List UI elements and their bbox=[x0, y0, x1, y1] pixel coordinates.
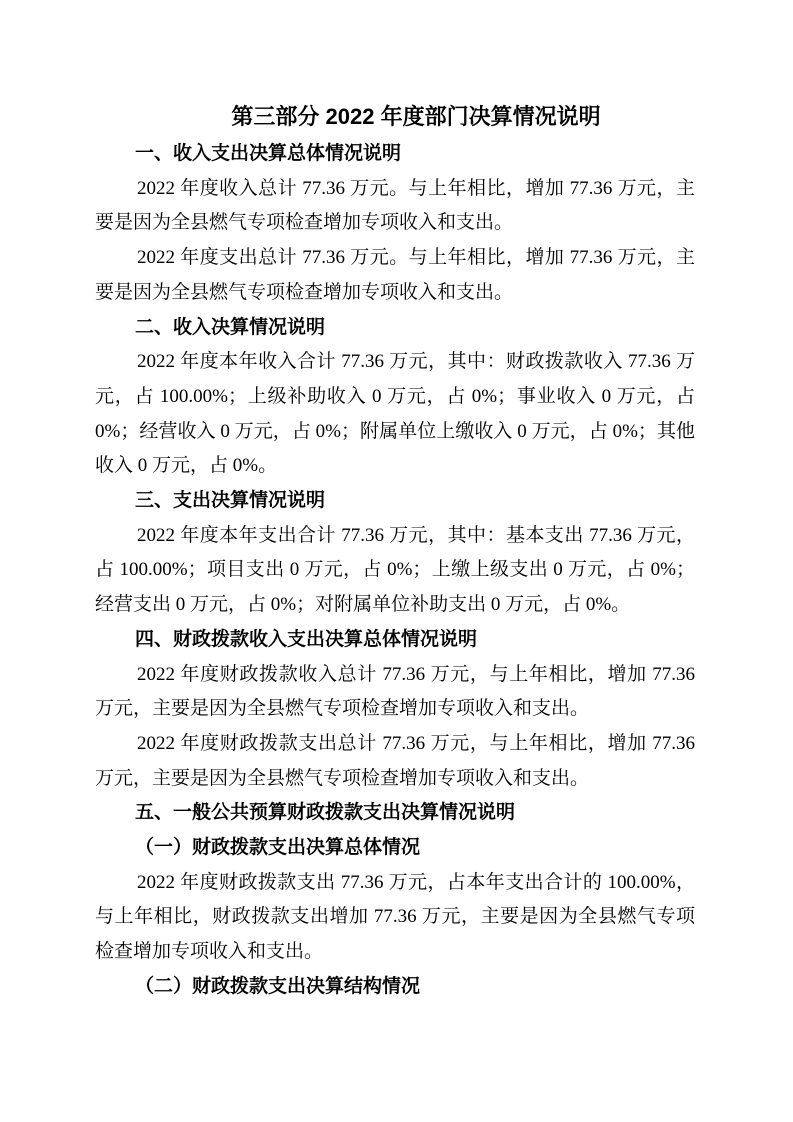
section-2-paragraph-1: 2022 年度本年收入合计 77.36 万元，其中：财政拨款收入 77.36 万… bbox=[95, 345, 695, 484]
section-4-paragraph-1: 2022 年度财政拨款收入总计 77.36 万元，与上年相比，增加 77.36 … bbox=[95, 658, 695, 727]
subsection-5-1-heading: （一）财政拨款支出决算总体情况 bbox=[135, 831, 695, 866]
document-title: 第三部分 2022 年度部门决算情况说明 bbox=[95, 97, 695, 137]
section-1-paragraph-1: 2022 年度收入总计 77.36 万元。与上年相比，增加 77.36 万元，主… bbox=[95, 172, 695, 241]
section-2-heading: 二、收入决算情况说明 bbox=[135, 311, 695, 346]
section-4-paragraph-2: 2022 年度财政拨款支出总计 77.36 万元，与上年相比，增加 77.36 … bbox=[95, 727, 695, 796]
section-4-heading: 四、财政拨款收入支出决算总体情况说明 bbox=[135, 623, 695, 658]
section-3-paragraph-1: 2022 年度本年支出合计 77.36 万元，其中：基本支出 77.36 万元，… bbox=[95, 519, 695, 623]
document-page: 第三部分 2022 年度部门决算情况说明 一、收入支出决算总体情况说明 2022… bbox=[0, 0, 793, 1122]
section-1-heading: 一、收入支出决算总体情况说明 bbox=[135, 137, 695, 172]
subsection-5-2-heading: （二）财政拨款支出决算结构情况 bbox=[135, 970, 695, 1005]
section-5-heading: 五、一般公共预算财政拨款支出决算情况说明 bbox=[135, 796, 695, 831]
subsection-5-1-paragraph-1: 2022 年度财政拨款支出 77.36 万元，占本年支出合计的 100.00%，… bbox=[95, 866, 695, 970]
section-3-heading: 三、支出决算情况说明 bbox=[135, 484, 695, 519]
section-1-paragraph-2: 2022 年度支出总计 77.36 万元。与上年相比，增加 77.36 万元，主… bbox=[95, 241, 695, 310]
